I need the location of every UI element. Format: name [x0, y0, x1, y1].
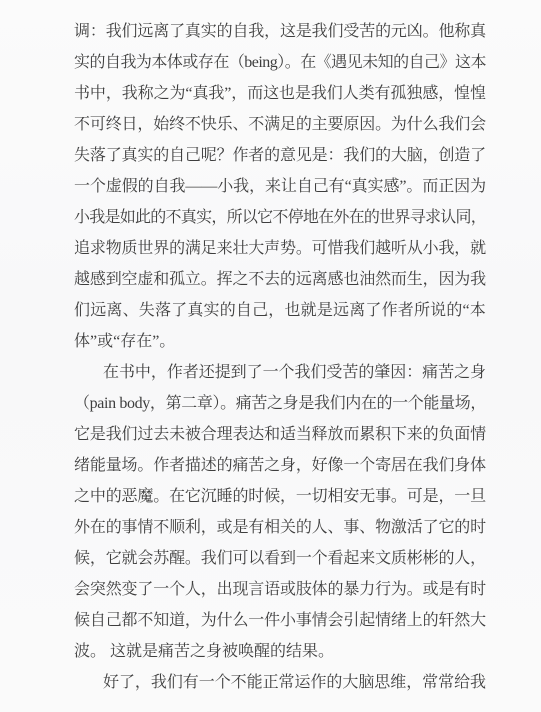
text-line: 在书中，作者还提到了一个我们受苦的肇因：痛苦之身	[74, 357, 486, 388]
text-block: 调：我们远离了真实的自我，这是我们受苦的元凶。他称真实的自我为本体或存在（bei…	[74, 16, 486, 698]
text-line: 调：我们远离了真实的自我，这是我们受苦的元凶。他称真	[74, 16, 486, 47]
text-line: 一个虚假的自我——小我，来让自己有“真实感”。而正因为	[74, 171, 486, 202]
text-line: 外在的事情不顺利，或是有相关的人、事、物激活了它的时	[74, 512, 486, 543]
text-line: 失落了真实的自己呢？作者的意见是：我们的大脑，创造了	[74, 140, 486, 171]
text-line: 波。 这就是痛苦之身被唤醒的结果。	[74, 636, 486, 667]
text-line: 追求物质世界的满足来壮大声势。可惜我们越听从小我，就	[74, 233, 486, 264]
text-line: 们远离、失落了真实的自己，也就是远离了作者所说的“本	[74, 295, 486, 326]
book-page: 调：我们远离了真实的自我，这是我们受苦的元凶。他称真实的自我为本体或存在（bei…	[0, 0, 541, 712]
text-line: 候，它就会苏醒。我们可以看到一个看起来文质彬彬的人，	[74, 543, 486, 574]
text-line: 候自己都不知道，为什么一件小事情会引起情绪上的轩然大	[74, 605, 486, 636]
text-line: 越感到空虚和孤立。挥之不去的远离感也油然而生，因为我	[74, 264, 486, 295]
text-line: （pain body，第二章）。痛苦之身是我们内在的一个能量场，	[74, 388, 486, 419]
text-line: 小我是如此的不真实，所以它不停地在外在的世界寻求认同，	[74, 202, 486, 233]
text-line: 体”或“存在”。	[74, 326, 486, 357]
text-line: 之中的恶魔。在它沉睡的时候，一切相安无事。可是，一旦	[74, 481, 486, 512]
text-line: 书中，我称之为“真我”，而这也是我们人类有孤独感，惶惶	[74, 78, 486, 109]
text-line: 好了，我们有一个不能正常运作的大脑思维，常常给我	[74, 667, 486, 698]
text-line: 不可终日，始终不快乐、不满足的主要原因。为什么我们会	[74, 109, 486, 140]
text-line: 会突然变了一个人，出现言语或肢体的暴力行为。或是有时	[74, 574, 486, 605]
text-line: 它是我们过去未被合理表达和适当释放而累积下来的负面情	[74, 419, 486, 450]
text-line: 绪能量场。作者描述的痛苦之身，好像一个寄居在我们身体	[74, 450, 486, 481]
text-line: 实的自我为本体或存在（being）。在《遇见未知的自己》这本	[74, 47, 486, 78]
